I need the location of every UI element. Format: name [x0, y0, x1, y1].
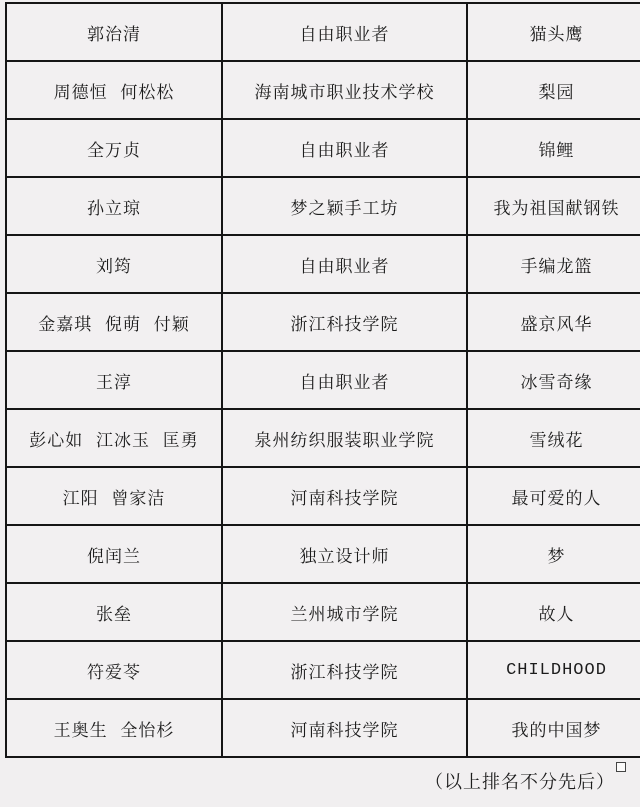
- affiliation-cell: 梦之颖手工坊: [222, 177, 467, 235]
- affiliation-cell: 河南科技学院: [222, 467, 467, 525]
- name-cell: 郭治清: [6, 3, 222, 61]
- footer-note-text: （以上排名不分先后）: [425, 772, 615, 792]
- name-cell: 全万贞: [6, 119, 222, 177]
- affiliation-cell: 自由职业者: [222, 351, 467, 409]
- name-cell: 彭心如 江冰玉 匡勇: [6, 409, 222, 467]
- work-cell: 手编龙篮: [467, 235, 640, 293]
- table-row: 金嘉琪 倪萌 付颖浙江科技学院盛京风华: [6, 293, 640, 351]
- results-table: 郭治清自由职业者猫头鹰周德恒 何松松海南城市职业技术学校梨园全万贞自由职业者锦鲤…: [5, 2, 640, 758]
- table-row: 王奥生 全怡杉河南科技学院我的中国梦: [6, 699, 640, 757]
- affiliation-cell: 兰州城市学院: [222, 583, 467, 641]
- work-cell: CHILDHOOD: [467, 641, 640, 699]
- affiliation-cell: 浙江科技学院: [222, 293, 467, 351]
- affiliation-cell: 独立设计师: [222, 525, 467, 583]
- table-row: 王淳自由职业者冰雪奇缘: [6, 351, 640, 409]
- name-cell: 王淳: [6, 351, 222, 409]
- table-row: 孙立琼梦之颖手工坊我为祖国献钢铁: [6, 177, 640, 235]
- table-row: 符爱苓浙江科技学院CHILDHOOD: [6, 641, 640, 699]
- name-cell: 周德恒 何松松: [6, 61, 222, 119]
- name-cell: 符爱苓: [6, 641, 222, 699]
- work-cell: 盛京风华: [467, 293, 640, 351]
- footer-note: （以上排名不分先后）: [425, 768, 626, 794]
- work-cell: 我的中国梦: [467, 699, 640, 757]
- work-cell: 冰雪奇缘: [467, 351, 640, 409]
- table-row: 周德恒 何松松海南城市职业技术学校梨园: [6, 61, 640, 119]
- table-row: 彭心如 江冰玉 匡勇泉州纺织服装职业学院雪绒花: [6, 409, 640, 467]
- table-row: 江阳 曾家洁河南科技学院最可爱的人: [6, 467, 640, 525]
- name-cell: 金嘉琪 倪萌 付颖: [6, 293, 222, 351]
- table-row: 郭治清自由职业者猫头鹰: [6, 3, 640, 61]
- missing-char-box: [616, 762, 626, 772]
- work-cell: 梦: [467, 525, 640, 583]
- work-cell: 我为祖国献钢铁: [467, 177, 640, 235]
- name-cell: 刘筠: [6, 235, 222, 293]
- table-row: 倪闰兰独立设计师梦: [6, 525, 640, 583]
- affiliation-cell: 河南科技学院: [222, 699, 467, 757]
- page: 郭治清自由职业者猫头鹰周德恒 何松松海南城市职业技术学校梨园全万贞自由职业者锦鲤…: [0, 0, 640, 807]
- work-cell: 雪绒花: [467, 409, 640, 467]
- work-cell: 猫头鹰: [467, 3, 640, 61]
- work-cell: 梨园: [467, 61, 640, 119]
- table-row: 刘筠自由职业者手编龙篮: [6, 235, 640, 293]
- affiliation-cell: 泉州纺织服装职业学院: [222, 409, 467, 467]
- results-table-body: 郭治清自由职业者猫头鹰周德恒 何松松海南城市职业技术学校梨园全万贞自由职业者锦鲤…: [6, 3, 640, 757]
- affiliation-cell: 浙江科技学院: [222, 641, 467, 699]
- name-cell: 张垒: [6, 583, 222, 641]
- affiliation-cell: 海南城市职业技术学校: [222, 61, 467, 119]
- table-row: 张垒兰州城市学院故人: [6, 583, 640, 641]
- table-row: 全万贞自由职业者锦鲤: [6, 119, 640, 177]
- name-cell: 王奥生 全怡杉: [6, 699, 222, 757]
- affiliation-cell: 自由职业者: [222, 119, 467, 177]
- affiliation-cell: 自由职业者: [222, 235, 467, 293]
- work-cell: 锦鲤: [467, 119, 640, 177]
- work-cell: 最可爱的人: [467, 467, 640, 525]
- work-cell: 故人: [467, 583, 640, 641]
- affiliation-cell: 自由职业者: [222, 3, 467, 61]
- name-cell: 倪闰兰: [6, 525, 222, 583]
- name-cell: 江阳 曾家洁: [6, 467, 222, 525]
- name-cell: 孙立琼: [6, 177, 222, 235]
